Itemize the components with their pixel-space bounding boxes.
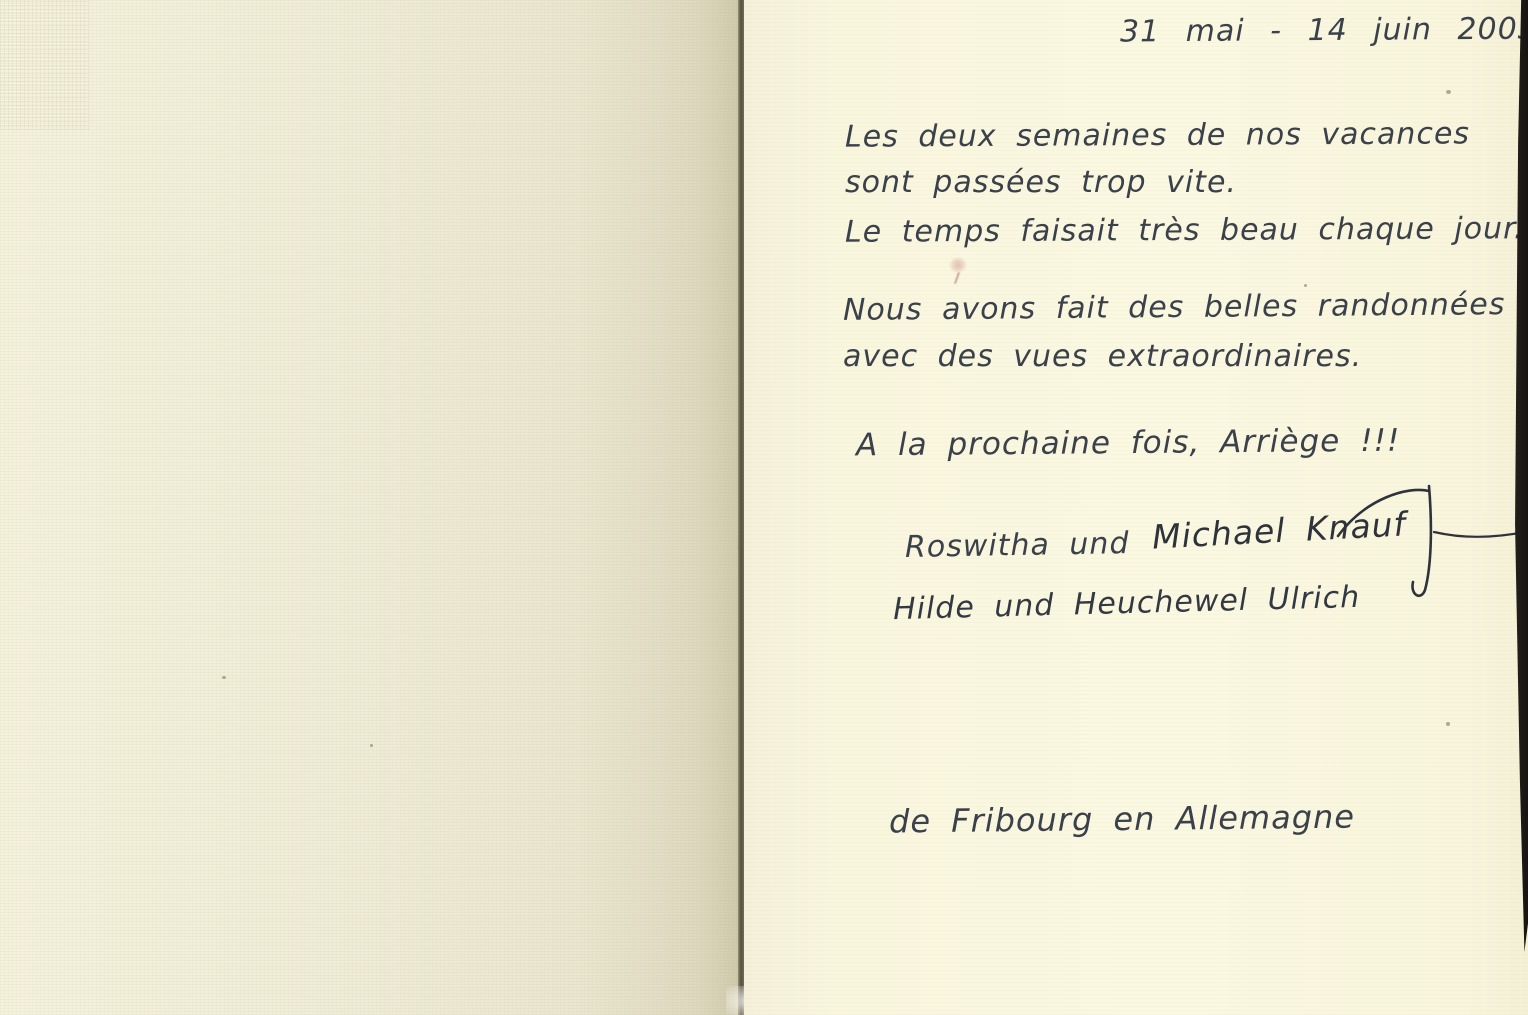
body-line: A la prochaine fois, Arriège !!!: [856, 426, 1401, 462]
left-page-blank: [0, 0, 741, 1015]
paper-texture-corner: [0, 0, 90, 130]
scan-speck: [222, 676, 226, 679]
body-line: Nous avons fait des belles randonnées: [843, 290, 1506, 326]
date-line: 31 mai - 14 juin 2003: [1120, 15, 1528, 48]
body-line: Le temps faisait très beau chaque jour.: [845, 214, 1524, 248]
scanned-book-spread: 31 mai - 14 juin 2003 Les deux semaines …: [0, 0, 1528, 1015]
signature-line-prefix: Roswitha und: [905, 529, 1130, 563]
scan-speck: [370, 744, 373, 747]
body-line: sont passées trop vite.: [845, 168, 1237, 198]
scan-speck: [1304, 284, 1307, 287]
scan-speck: [1446, 722, 1450, 726]
scan-speck: [1446, 90, 1451, 94]
ink-smudge: [950, 258, 966, 272]
body-line: avec des vues extraordinaires.: [843, 342, 1362, 372]
body-line: Les deux semaines de nos vacances: [845, 119, 1470, 152]
signature-flourish: [1332, 482, 1528, 612]
origin-line: de Fribourg en Allemagne: [889, 801, 1355, 838]
